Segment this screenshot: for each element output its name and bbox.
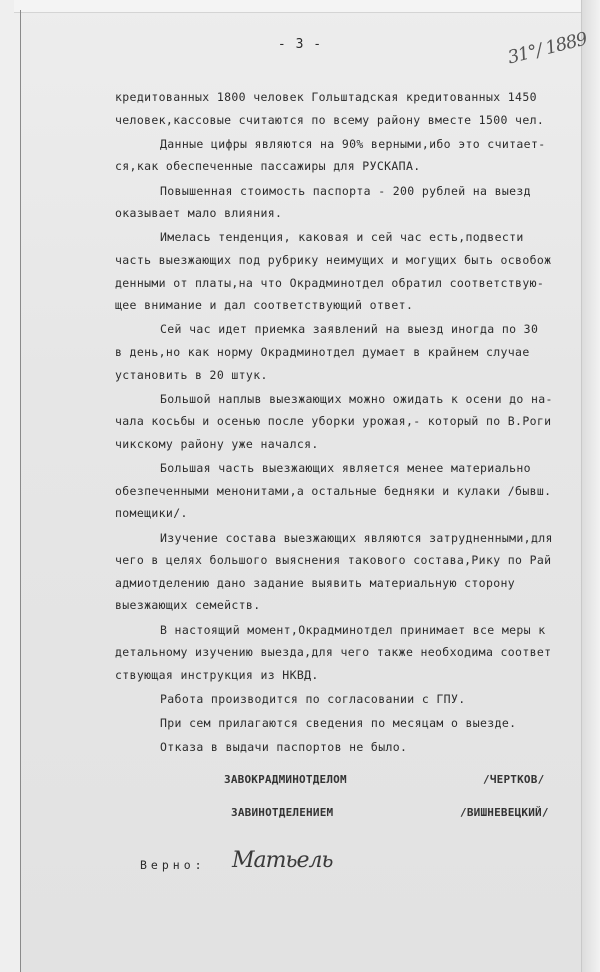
text-line: оказывает мало влияния. [115, 206, 282, 220]
text-line: денными от платы,на что Окрадминотдел об… [115, 276, 544, 290]
signature-name-1: /ЧЕРТКОВ/ [483, 773, 544, 786]
signature-title-2: ЗАВИНОТДЕЛЕНИЕМ [231, 806, 333, 819]
text-line: Данные цифры являются на 90% верными,ибо… [160, 137, 546, 151]
text-line: кредитованных 1800 человек Гольштадская … [115, 90, 537, 104]
text-line: Сей час идет приемка заявлений на выезд … [160, 322, 538, 336]
text-line: Большой наплыв выезжающих можно ожидать … [160, 392, 553, 406]
text-line: ствующая инструкция из НКВД. [115, 668, 319, 682]
text-line: Повышенная стоимость паспорта - 200 рубл… [160, 184, 531, 198]
text-line: чала косьбы и осенью после уборки урожая… [115, 414, 551, 428]
text-line: Работа производится по согласовании с ГП… [160, 692, 466, 706]
text-line: часть выезжающих под рубрику неимущих и … [115, 253, 551, 267]
handwritten-signature: Матьель [232, 848, 333, 873]
handwritten-archive-note: 31°/ 1889 [506, 29, 589, 69]
text-line: человек,кассовые считаются по всему райо… [115, 113, 544, 127]
text-line: обезпеченными менонитами,а остальные бед… [115, 484, 551, 498]
text-line: в день,но как норму Окрадминотдел думает… [115, 345, 530, 359]
text-line: детальному изучению выезда,для чего такж… [115, 645, 551, 659]
text-line: помещики/. [115, 506, 188, 520]
text-line: чего в целях большого выяснения такового… [115, 553, 551, 567]
text-line: Отказа в выдачи паспортов не было. [160, 740, 407, 754]
text-line: При сем прилагаются сведения по месяцам … [160, 716, 516, 730]
document-page: - 3 - 31°/ 1889 кредитованных 1800 челов… [0, 0, 600, 972]
text-line: адмиотделению дано задание выявить матер… [115, 576, 515, 590]
text-line: ся,как обеспеченные пассажиры для РУСКАП… [115, 159, 421, 173]
text-line: выезжающих семейств. [115, 598, 260, 612]
signature-name-2: /ВИШНЕВЕЦКИЙ/ [460, 806, 549, 819]
left-margin [0, 0, 20, 972]
text-line: Имелась тенденция, каковая и сей час ест… [160, 230, 524, 244]
binding-line [20, 10, 21, 972]
text-line: чикскому району уже начался. [115, 437, 319, 451]
text-line: Большая часть выезжающих является менее … [160, 461, 531, 475]
text-line: Изучение состава выезжающих являются зат… [160, 531, 553, 545]
certification-label: Верно: [140, 858, 206, 872]
text-line: щее внимание и дал соответствующий ответ… [115, 298, 413, 312]
top-edge [14, 0, 600, 13]
text-line: В настоящий момент,Окрадминотдел принима… [160, 623, 546, 637]
signature-title-1: ЗАВОКРАДМИНОТДЕЛОМ [224, 773, 347, 786]
text-line: установить в 20 штук. [115, 368, 268, 382]
torn-right-edge [581, 0, 600, 972]
